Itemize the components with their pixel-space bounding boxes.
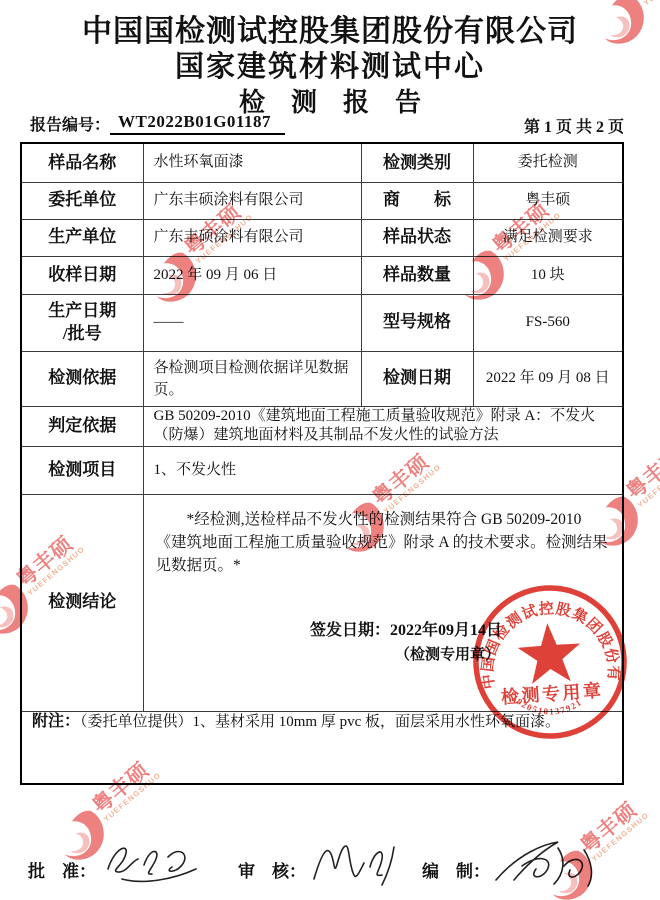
table-row: 检测依据 各检测项目检测依据详见数据页。 检测日期 2022 年 09 月 08… [21,351,623,406]
sample-name-value: 水性环氧面漆 [143,143,361,182]
table-row: 生产日期 /批号 —— 型号规格 FS-560 [21,294,623,351]
note-cell: 附注：（委托单位提供）1、基材采用 10mm 厚 pvc 板，面层采用水性环氧面… [21,711,623,784]
conclusion-cell: *经检测,送检样品不发火性的检测结果符合 GB 50209-2010《建筑地面工… [143,494,623,711]
test-report-page: 中国国检测试控股集团股份有限公司 国家建筑材料测试中心 检 测 报 告 报告编号… [0,0,660,900]
review-group: 审 核： [238,849,408,889]
table-row: 生产单位 广东丰硕涂料有限公司 样品状态 满足检测要求 [21,219,623,256]
test-basis-label: 检测依据 [21,351,143,406]
test-items-value: 1、不发火性 [143,446,623,494]
receive-date-value: 2022 年 09 月 06 日 [143,256,361,294]
approve-group: 批 准： [28,849,208,889]
model-label: 型号规格 [361,294,473,351]
judge-basis-label: 判定依据 [21,406,143,446]
note-label: 附注： [32,713,80,730]
sample-qty-value: 10 块 [473,256,623,294]
report-number-label: 报告编号： [30,112,110,135]
page-indicator: 第 1 页 共 2 页 [524,114,624,137]
sample-state-label: 样品状态 [361,219,473,256]
sample-state-value: 满足检测要求 [473,219,623,256]
conclusion-text: *经检测,送检样品不发火性的检测结果符合 GB 50209-2010《建筑地面工… [156,508,611,577]
test-date-value: 2022 年 09 月 08 日 [473,351,623,406]
prepare-signature-icon [492,836,607,890]
center-title: 国家建筑材料测试中心 [0,44,660,85]
review-label: 审 核： [238,857,306,882]
table-row: 附注：（委托单位提供）1、基材采用 10mm 厚 pvc 板，面层采用水性环氧面… [21,711,623,784]
note-text: （委托单位提供）1、基材采用 10mm 厚 pvc 板，面层采用水性环氧面漆。 [80,714,560,730]
test-items-label: 检测项目 [21,446,143,494]
prepare-label: 编 制： [422,857,490,882]
manufacturer-label: 生产单位 [21,219,143,256]
judge-basis-value: GB 50209-2010《建筑地面工程施工质量验收规范》附录 A：不发火（防爆… [143,406,623,446]
report-number-line: 报告编号： WT2022B01G01187 [30,112,285,135]
trademark-label: 商 标 [361,182,473,219]
table-row: 检测结论 *经检测,送检样品不发火性的检测结果符合 GB 50209-2010《… [21,494,623,711]
table-row: 判定依据 GB 50209-2010《建筑地面工程施工质量验收规范》附录 A：不… [21,406,623,446]
trademark-value: 粤丰硕 [473,182,623,219]
table-row: 委托单位 广东丰硕涂料有限公司 商 标 粤丰硕 [21,182,623,219]
signature-row: 批 准： 审 核： 编 制： [28,848,607,890]
receive-date-label: 收样日期 [21,256,143,294]
client-value: 广东丰硕涂料有限公司 [143,182,361,219]
report-number-value: WT2022B01G01187 [110,112,285,135]
seal-note: （检测专用章） [154,646,613,665]
test-category-label: 检测类别 [361,143,473,182]
approve-signature-icon [98,837,208,889]
test-category-value: 委托检测 [473,143,623,182]
approve-label: 批 准： [28,857,96,882]
client-label: 委托单位 [21,182,143,219]
model-value: FS-560 [473,294,623,351]
test-basis-value: 各检测项目检测依据详见数据页。 [143,351,361,406]
sample-qty-label: 样品数量 [361,256,473,294]
review-signature-icon [308,837,408,889]
sample-name-label: 样品名称 [21,143,143,182]
table-row: 收样日期 2022 年 09 月 06 日 样品数量 10 块 [21,256,623,294]
manufacturer-value: 广东丰硕涂料有限公司 [143,219,361,256]
issue-date: 签发日期：2022年09月14日 [154,621,613,641]
table-row: 样品名称 水性环氧面漆 检测类别 委托检测 [21,143,623,182]
prod-date-label: 生产日期 /批号 [21,294,143,351]
table-row: 检测项目 1、不发火性 [21,446,623,494]
conclusion-label: 检测结论 [21,494,143,711]
prod-date-value: —— [143,294,361,351]
test-date-label: 检测日期 [361,351,473,406]
report-table: 样品名称 水性环氧面漆 检测类别 委托检测 委托单位 广东丰硕涂料有限公司 商 … [20,142,624,785]
prepare-group: 编 制： [422,848,607,890]
